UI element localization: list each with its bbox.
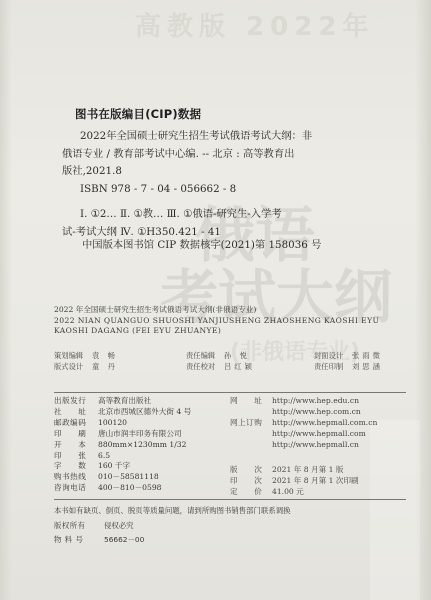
imprint-label (230, 440, 272, 451)
page-edge-shadow (0, 0, 12, 600)
imprint-label: 邮政编码 (54, 418, 98, 429)
imprint-label: 购书热线 (54, 472, 98, 483)
website-link[interactable]: http://www.hepmall.com (272, 429, 420, 440)
website-link[interactable]: http://www.hep.com.cn (272, 407, 420, 418)
edition-label: 印 次 (230, 476, 272, 487)
imprint-label: 开 本 (54, 440, 98, 451)
copyright-page: 高教版 2022年 俄语 考试大纲 (非俄语专业) 图书在版编目(CIP)数据 … (0, 0, 431, 600)
imprint-value: 160 千字 (98, 461, 214, 472)
isbn: ISBN 978 - 7 - 04 - 056662 - 8 (62, 181, 362, 199)
imprint-left: 出版发行高等教育出版社 社 址北京市西城区德外大街 4 号 邮政编码100120… (54, 396, 214, 494)
website-link[interactable]: http://www.hepmall.cn (272, 440, 420, 451)
staff-name: 孙 悦 (224, 350, 284, 361)
cip-line: 版社,2021.8 (62, 163, 362, 181)
imprint-label: 网 址 (230, 396, 272, 407)
staff-label: 责任印制 (314, 361, 352, 372)
imprint-label: 印 刷 (54, 429, 98, 440)
staff-label: 责任校对 (186, 361, 224, 372)
title-zh: 2022 年全国硕士研究生招生考试俄语考试大纲(非俄语专业) (54, 305, 404, 316)
price-value: 41.00 元 (272, 487, 420, 498)
imprint-value: 6.5 (98, 451, 214, 462)
edition-label: 版 次 (230, 465, 272, 476)
book-title-block: 2022 年全国硕士研究生招生考试俄语考试大纲(非俄语专业) 2022 NIAN… (54, 305, 404, 337)
staff-name: 刘思涵 (352, 361, 412, 372)
website-link[interactable]: http://www.hepmall.com.cn (272, 418, 420, 429)
imprint-label: 网上订购 (230, 418, 272, 429)
imprint-label: 印 张 (54, 451, 98, 462)
imprint-label (230, 407, 272, 418)
divider (54, 499, 406, 500)
title-pinyin: 2022 NIAN QUANGUO SHUOSHI YANJIUSHENG ZH… (54, 316, 404, 327)
rights-value: 侵权必究 (104, 519, 291, 534)
staff-name: 袁 畅 (92, 350, 152, 361)
staff-name: 吕红颖 (224, 361, 284, 372)
edition-label: 定 价 (230, 487, 272, 498)
staff-label: 版式设计 (54, 361, 92, 372)
material-label: 物 料 号 (54, 533, 104, 548)
staff-row: 版式设计童 丹 责任校对吕红颖 责任印制刘思涵 (54, 361, 424, 372)
website-link[interactable]: http://www.hep.edu.cn (272, 396, 420, 407)
divider (54, 392, 406, 393)
staff-name: 张雨微 (352, 350, 412, 361)
staff-name: 童 丹 (92, 361, 152, 372)
imprint-value: 高等教育出版社 (98, 396, 214, 407)
imprint-label: 出版发行 (54, 396, 98, 407)
imprint-value: 唐山市润丰印务有限公司 (98, 429, 214, 440)
quality-notice: 本书如有缺页、倒页、脱页等质量问题，请到所购图书销售部门联系调换 (54, 504, 291, 519)
staff-label: 封面设计 (314, 350, 352, 361)
imprint-value: 880mm×1230mm 1/32 (98, 440, 214, 451)
staff-label: 策划编辑 (54, 350, 92, 361)
edition-value: 2021 年 8 月第 1 版 (272, 465, 420, 476)
imprint-label (230, 429, 272, 440)
imprint-value: 100120 (98, 418, 214, 429)
cip-line: 俄语专业 / 教育部考试中心编. -- 北京 : 高等教育出 (62, 146, 362, 164)
cip-heading: 图书在版编目(CIP)数据 (75, 106, 201, 122)
edition-value: 2021 年 8 月第 1 次印刷 (272, 476, 420, 487)
staff-row: 策划编辑袁 畅 责任编辑孙 悦 封面设计张雨微 (54, 350, 424, 361)
staff-credits: 策划编辑袁 畅 责任编辑孙 悦 封面设计张雨微 版式设计童 丹 责任校对吕红颖 … (54, 350, 424, 372)
rights-label: 版权所有 (54, 519, 104, 534)
imprint-label: 字 数 (54, 461, 98, 472)
imprint-right: 网 址http://www.hep.edu.cn http://www.hep.… (230, 396, 420, 451)
material-number: 56662－00 (104, 533, 291, 548)
cip-line: 2022年全国硕士研究生招生考试俄语考试大纲：非 (62, 128, 362, 146)
library-record-number: 中国版本图书馆 CIP 数据核字(2021)第 158036 号 (82, 236, 321, 251)
imprint-label: 社 址 (54, 407, 98, 418)
edition-info: 版 次2021 年 8 月第 1 版 印 次2021 年 8 月第 1 次印刷 … (230, 465, 420, 498)
staff-label: 责任编辑 (186, 350, 224, 361)
imprint-value: 400－810－0598 (98, 483, 214, 494)
cip-record: 2022年全国硕士研究生招生考试俄语考试大纲：非 俄语专业 / 教育部考试中心编… (62, 128, 362, 241)
cip-line: Ⅰ. ①2… Ⅱ. ①教… Ⅲ. ①俄语-研究生-入学考 (62, 206, 362, 224)
title-pinyin: KAOSHI DAGANG (FEI EYU ZHUANYE) (54, 326, 404, 337)
imprint-value: 北京市西城区德外大街 4 号 (98, 407, 214, 418)
imprint-value: 010－58581118 (98, 472, 214, 483)
notice-block: 本书如有缺页、倒页、脱页等质量问题，请到所购图书销售部门联系调换 版权所有侵权必… (54, 504, 291, 548)
bleed-through-text: 高教版 2022年 (135, 6, 374, 43)
imprint-label: 咨询电话 (54, 483, 98, 494)
